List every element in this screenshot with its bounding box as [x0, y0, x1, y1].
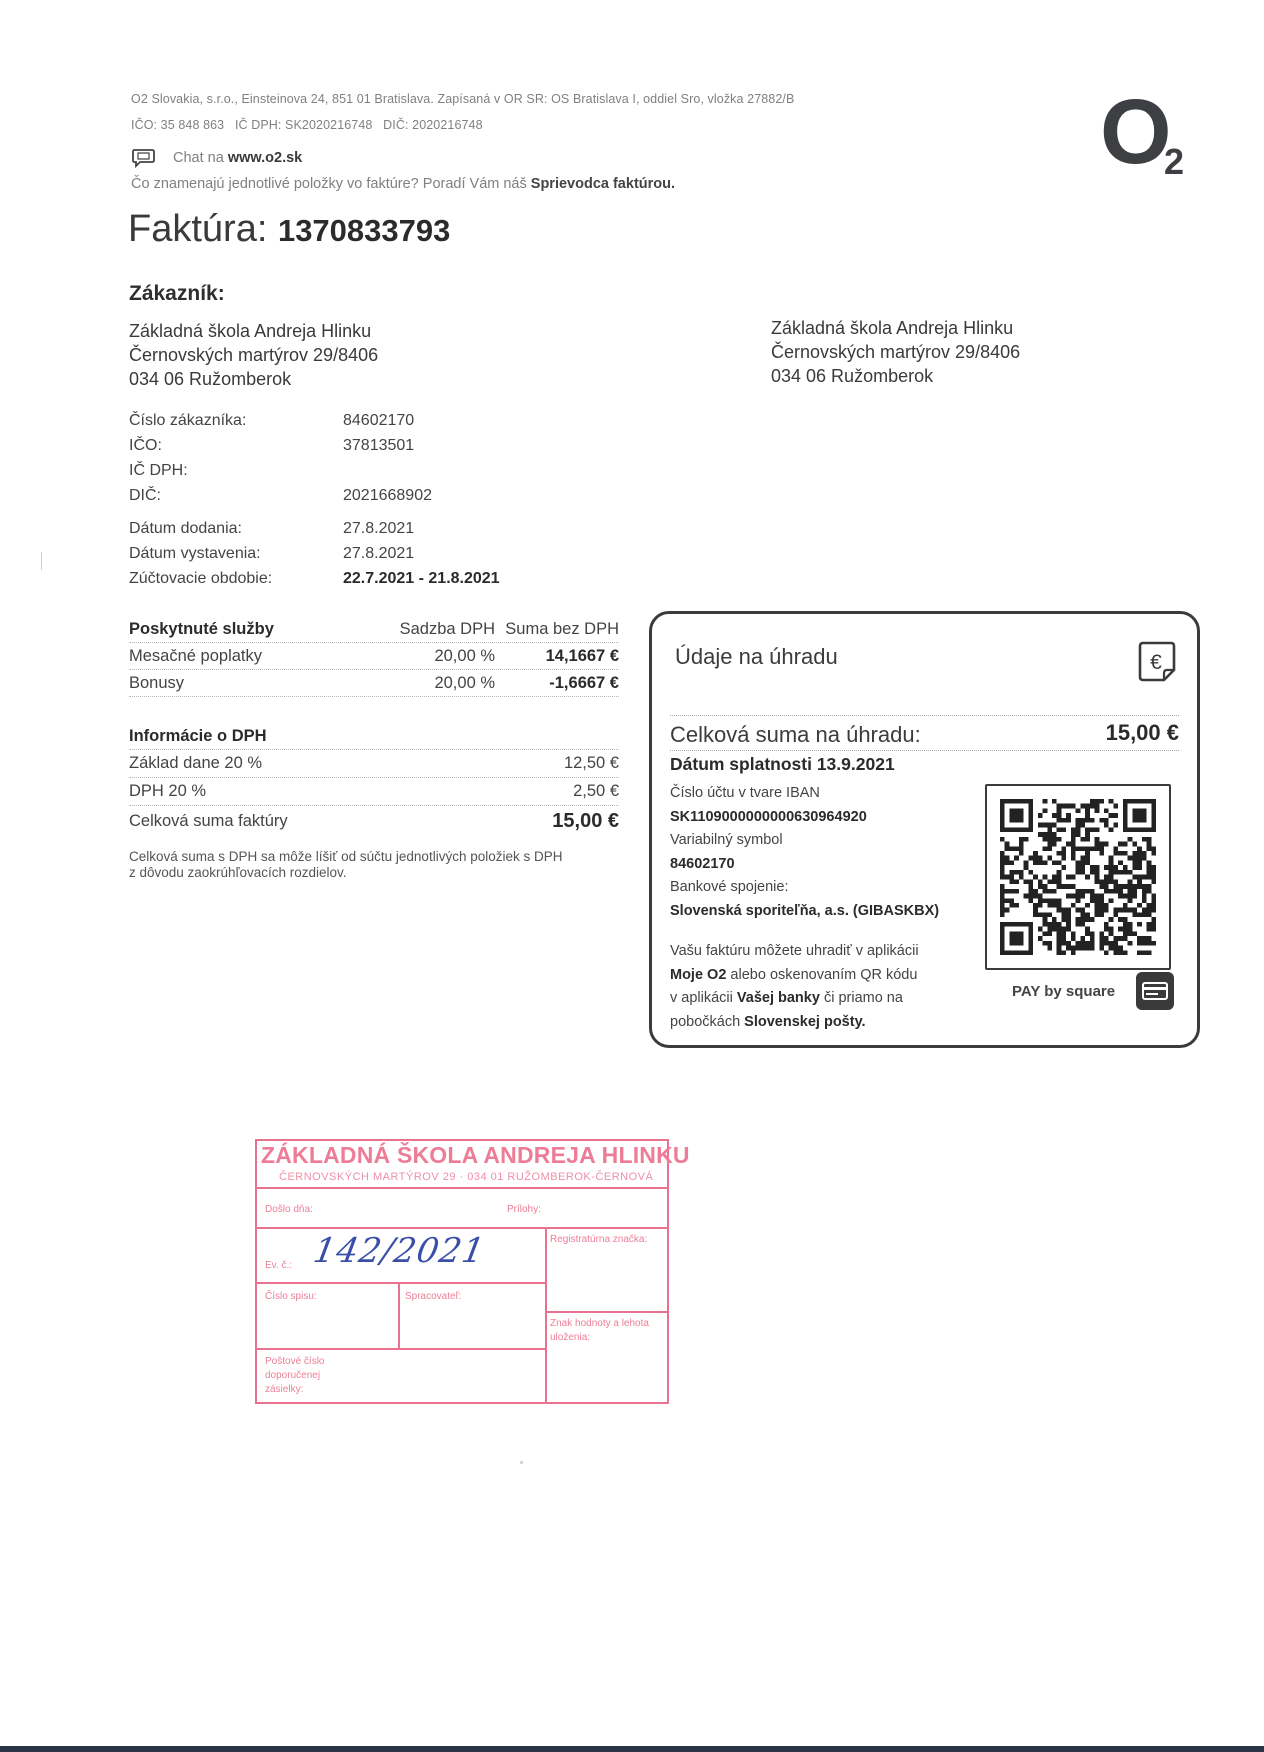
vat-info-table: Informácie o DPH Základ dane 20 % 12,50 …	[129, 723, 619, 836]
table-row: Základ dane 20 % 12,50 €	[129, 750, 619, 778]
pay-by-square-label: PAY by square	[1012, 983, 1115, 1000]
date-label: Dátum dodania:	[129, 516, 343, 541]
detail-label: IČO:	[129, 433, 343, 458]
chat-bubble-icon	[132, 148, 156, 168]
total-row: Celková suma faktúry 15,00 €	[129, 806, 619, 836]
qr-code	[985, 784, 1171, 970]
vs-label: Variabilný symbol	[670, 829, 939, 853]
guide-text: Čo znamenajú jednotlivé položky vo faktú…	[131, 176, 531, 192]
vat-value: 2,50 €	[495, 782, 619, 801]
vat-label: DPH 20 %	[129, 782, 495, 801]
chat-prefix: Chat na	[173, 150, 228, 166]
payment-title: Údaje na úhradu	[675, 644, 838, 670]
logo-subscript: 2	[1164, 142, 1184, 182]
date-row: Dátum vystavenia:27.8.2021	[129, 541, 500, 566]
header-amount: Suma bez DPH	[495, 620, 619, 639]
svg-text:€: €	[1150, 651, 1162, 674]
stamp-subtitle: ČERNOVSKÝCH MARTÝROV 29 · 034 01 RUŽOMBE…	[279, 1171, 653, 1183]
vat-value: 12,50 €	[495, 754, 619, 773]
total-label: Celková suma faktúry	[129, 812, 495, 831]
service-name: Mesačné poplatky	[129, 647, 385, 666]
text: alebo oskenovaním QR kódu	[726, 967, 917, 983]
handwritten-ev-number: 142/2021	[310, 1231, 488, 1271]
detail-label: DIČ:	[129, 483, 343, 508]
detail-row: Číslo zákazníka:84602170	[129, 408, 500, 433]
iban-label: Číslo účtu v tvare IBAN	[670, 782, 939, 806]
address-line: Základná škola Andreja Hlinku	[771, 316, 1020, 340]
vat-label: Základ dane 20 %	[129, 754, 495, 773]
services-table: Poskytnuté služby Sadzba DPH Suma bez DP…	[129, 616, 619, 697]
scan-speck	[520, 1461, 523, 1464]
payment-info: Číslo účtu v tvare IBAN SK11090000000006…	[670, 782, 939, 923]
date-value: 27.8.2021	[343, 516, 414, 541]
header-service: Poskytnuté služby	[129, 620, 395, 639]
bank-label: Bankové spojenie:	[670, 876, 939, 900]
customer-details: Číslo zákazníka:84602170 IČO:37813501 IČ…	[129, 408, 500, 591]
header-vat-rate: Sadzba DPH	[395, 620, 495, 639]
address-line: 034 06 Ružomberok	[771, 364, 1020, 388]
detail-value: 37813501	[343, 433, 414, 458]
app-name: Moje O2	[670, 967, 726, 983]
company-ids-line: IČO: 35 848 863 IČ DPH: SK2020216748 DIČ…	[131, 118, 483, 132]
stamp-field-processor: Spracovateľ:	[405, 1290, 461, 1304]
payment-details-box: Údaje na úhradu € Celková suma na úhradu…	[649, 611, 1200, 1048]
customer-heading: Zákazník:	[129, 282, 225, 306]
detail-row: DIČ:2021668902	[129, 483, 500, 508]
qr-code-image	[1000, 799, 1156, 955]
chat-line: Chat na www.o2.sk	[173, 150, 302, 166]
post-office: Slovenskej pošty.	[744, 1014, 865, 1030]
divider	[670, 750, 1179, 751]
date-label: Zúčtovacie obdobie:	[129, 566, 343, 591]
scan-edge-bar	[0, 1746, 1264, 1752]
text: v aplikácii	[670, 990, 737, 1006]
detail-label: Číslo zákazníka:	[129, 408, 343, 433]
payment-total-label: Celková suma na úhradu:	[670, 722, 921, 748]
service-vat-rate: 20,00 %	[385, 647, 495, 666]
stamp-field-file-no: Číslo spisu:	[265, 1290, 317, 1304]
o2-logo: O 2	[1100, 88, 1200, 183]
iban-value: SK1109000000000630964920	[670, 806, 939, 830]
guide-link[interactable]: Sprievodca faktúrou.	[531, 176, 675, 192]
service-vat-rate: 20,00 %	[385, 674, 495, 693]
scan-artifact	[41, 552, 42, 570]
table-header: Informácie o DPH	[129, 723, 619, 750]
total-value: 15,00 €	[495, 810, 619, 833]
detail-label: IČ DPH:	[129, 458, 343, 483]
service-amount: -1,6667 €	[495, 674, 619, 693]
address-line: Základná škola Andreja Hlinku	[129, 319, 378, 343]
address-line: Černovských martýrov 29/8406	[771, 340, 1020, 364]
address-line: 034 06 Ružomberok	[129, 367, 378, 391]
mailing-address: Základná škola Andreja Hlinku Černovskýc…	[771, 316, 1020, 388]
date-row: Dátum dodania:27.8.2021	[129, 516, 500, 541]
table-row: Mesačné poplatky 20,00 % 14,1667 €	[129, 643, 619, 670]
bank-value: Slovenská sporiteľňa, a.s. (GIBASKBX)	[670, 900, 939, 924]
detail-value: 2021668902	[343, 483, 432, 508]
stamp-field-delivered: Došlo dňa:	[265, 1203, 313, 1217]
table-header: Poskytnuté služby Sadzba DPH Suma bez DP…	[129, 616, 619, 643]
stamp-field-ev-no: Ev. č.:	[265, 1259, 292, 1273]
detail-row: IČ DPH:	[129, 458, 500, 483]
registry-stamp: ZÁKLADNÁ ŠKOLA ANDREJA HLINKU ČERNOVSKÝC…	[255, 1139, 669, 1404]
detail-row: IČO:37813501	[129, 433, 500, 458]
date-label: Dátum vystavenia:	[129, 541, 343, 566]
due-date: Dátum splatnosti 13.9.2021	[670, 754, 895, 775]
invoice-number: 1370833793	[278, 213, 450, 248]
bank-app: Vašej banky	[737, 990, 820, 1006]
rounding-note: Celková suma s DPH sa môže líšiť od súčt…	[129, 849, 629, 881]
text: Vašu faktúru môžete uhradiť v aplikácii	[670, 943, 919, 959]
stamp-field-value-mark: Znak hodnoty a lehota uloženia:	[550, 1317, 660, 1345]
company-info-line: O2 Slovakia, s.r.o., Einsteinova 24, 851…	[131, 92, 794, 106]
invoice-title: Faktúra: 1370833793	[128, 208, 450, 251]
date-value: 27.8.2021	[343, 541, 414, 566]
stamp-field-reg-mark: Registratúrna značka:	[550, 1233, 668, 1247]
stamp-field-postal-no: Poštové číslo doporučenej zásielky:	[265, 1355, 345, 1397]
table-row: Bonusy 20,00 % -1,6667 €	[129, 670, 619, 697]
logo-letter: O	[1100, 88, 1172, 176]
invoice-title-label: Faktúra:	[128, 208, 267, 250]
text: či priamo na	[820, 990, 903, 1006]
payment-total-value: 15,00 €	[1106, 720, 1179, 746]
text: pobočkách	[670, 1014, 744, 1030]
service-amount: 14,1667 €	[495, 647, 619, 666]
detail-value: 84602170	[343, 408, 414, 433]
payment-card-icon	[1136, 972, 1174, 1010]
euro-document-icon: €	[1137, 640, 1177, 684]
date-row: Zúčtovacie obdobie:22.7.2021 - 21.8.2021	[129, 566, 500, 591]
service-name: Bonusy	[129, 674, 385, 693]
customer-address: Základná škola Andreja Hlinku Černovskýc…	[129, 319, 378, 391]
vat-info-heading: Informácie o DPH	[129, 727, 619, 746]
guide-line: Čo znamenajú jednotlivé položky vo faktú…	[131, 176, 675, 192]
stamp-title: ZÁKLADNÁ ŠKOLA ANDREJA HLINKU	[261, 1142, 665, 1169]
note-line: Celková suma s DPH sa môže líšiť od súčt…	[129, 849, 629, 865]
payment-instructions: Vašu faktúru môžete uhradiť v aplikácii …	[670, 940, 970, 1034]
table-row: DPH 20 % 2,50 €	[129, 778, 619, 806]
divider	[670, 715, 1179, 716]
chat-link[interactable]: www.o2.sk	[228, 150, 302, 166]
vs-value: 84602170	[670, 853, 939, 877]
stamp-field-attachments: Prílohy:	[507, 1203, 541, 1217]
address-line: Černovských martýrov 29/8406	[129, 343, 378, 367]
date-value: 22.7.2021 - 21.8.2021	[343, 566, 500, 591]
note-line: z dôvodu zaokrúhľovacích rozdielov.	[129, 865, 629, 881]
